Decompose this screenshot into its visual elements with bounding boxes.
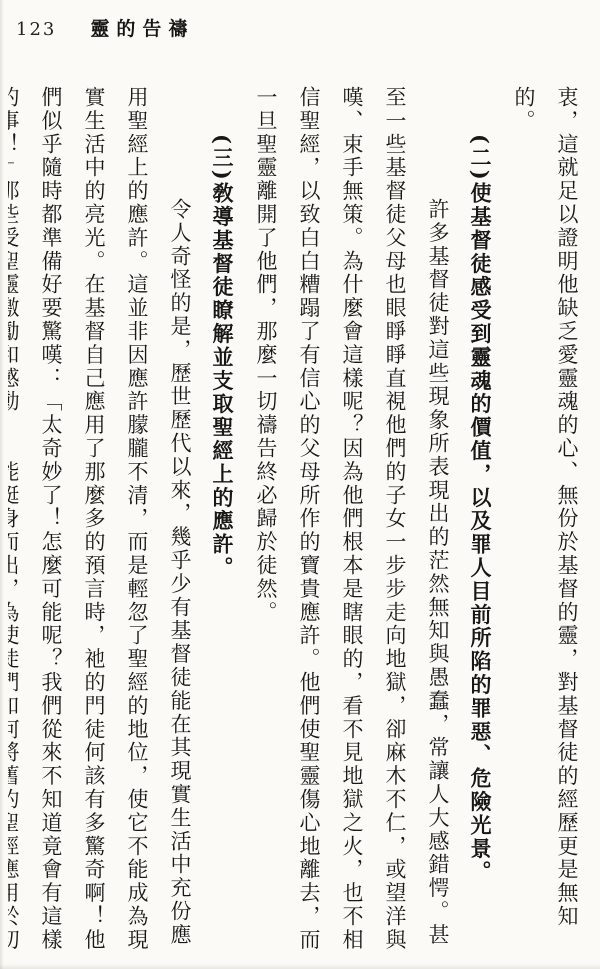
- running-head: 123 靈的告禱: [16, 14, 194, 41]
- scan-edge-shadow-bottom: [0, 964, 600, 969]
- paragraph-continued: 衷，這就足以證明他缺乏愛靈魂的心、無份於基督的靈，對基督徒的經歷更是無知的。: [502, 86, 588, 957]
- scan-edge-shadow: [0, 0, 4, 969]
- running-title: 靈的告禱: [90, 14, 194, 41]
- paragraph: 許多基督徒對這些現象所表現出的茫然無知與愚蠢，常讓人大感錯愕。甚至一些基督徒父母…: [244, 86, 459, 957]
- paragraph: 令人奇怪的是，歷世歷代以來，幾乎少有基督徒能在其現實生活中充份應用聖經上的應許。…: [8, 86, 201, 957]
- page-number: 123: [16, 19, 56, 40]
- section-heading-2: (二)使基督徒感受到靈魂的價值，以及罪人目前所陷的罪惡、危險光景。: [459, 86, 502, 957]
- section-heading-3: (三)敎導基督徒瞭解並支取聖經上的應許。: [201, 86, 244, 957]
- book-page: 123 靈的告禱 衷，這就足以證明他缺乏愛靈魂的心、無份於基督的靈，對基督徒的經…: [0, 0, 600, 969]
- page-body-text: 衷，這就足以證明他缺乏愛靈魂的心、無份於基督的靈，對基督徒的經歷更是無知的。 (…: [8, 86, 588, 957]
